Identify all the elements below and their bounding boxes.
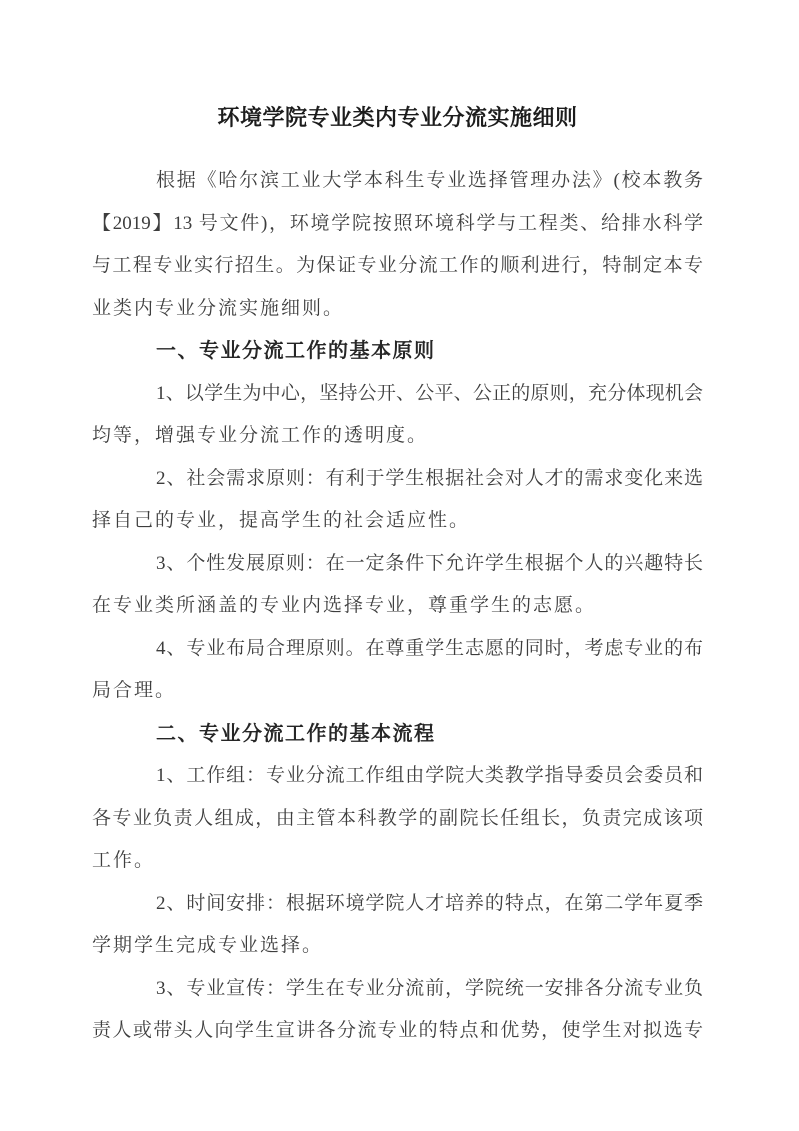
paragraph-line: 与工程专业实行招生。为保证专业分流工作的顺利进行，特制定本专 [92,245,703,288]
paragraph-line: 根据《哈尔滨工业大学本科生专业选择管理办法》(校本教务 [92,160,703,203]
paragraph-line: 业类内专业分流实施细则。 [92,288,703,331]
document-content: 环境学院专业类内专业分流实施细则 根据《哈尔滨工业大学本科生专业选择管理办法》(… [92,100,703,1053]
document-title: 环境学院专业类内专业分流实施细则 [92,100,703,136]
paragraph-line: 局合理。 [92,670,703,713]
document-page: 环境学院专业类内专业分流实施细则 根据《哈尔滨工业大学本科生专业选择管理办法》(… [0,0,799,1131]
paragraph-line: 1、工作组：专业分流工作组由学院大类教学指导委员会委员和 [92,755,703,798]
paragraph-line: 工作。 [92,840,703,883]
paragraph-line: 1、以学生为中心，坚持公开、公平、公正的原则，充分体现机会 [92,373,703,416]
paragraph-line: 4、专业布局合理原则。在尊重学生志愿的同时，考虑专业的布 [92,628,703,671]
paragraph-line: 3、专业宣传：学生在专业分流前，学院统一安排各分流专业负 [92,968,703,1011]
paragraph-line: 在专业类所涵盖的专业内选择专业，尊重学生的志愿。 [92,585,703,628]
section-heading: 一、专业分流工作的基本原则 [92,330,703,373]
paragraph-line: 择自己的专业，提高学生的社会适应性。 [92,500,703,543]
paragraph-line: 3、个性发展原则：在一定条件下允许学生根据个人的兴趣特长 [92,543,703,586]
paragraph-line: 各专业负责人组成，由主管本科教学的副院长任组长，负责完成该项 [92,798,703,841]
paragraph-line: 2、社会需求原则：有利于学生根据社会对人才的需求变化来选 [92,458,703,501]
paragraph-line: 学期学生完成专业选择。 [92,925,703,968]
paragraph-line: 【2019】13 号文件)，环境学院按照环境科学与工程类、给排水科学 [92,203,703,246]
section-heading: 二、专业分流工作的基本流程 [92,713,703,756]
document-body: 根据《哈尔滨工业大学本科生专业选择管理办法》(校本教务【2019】13 号文件)… [92,160,703,1053]
paragraph-line: 均等，增强专业分流工作的透明度。 [92,415,703,458]
paragraph-line: 2、时间安排：根据环境学院人才培养的特点，在第二学年夏季 [92,883,703,926]
paragraph-line: 责人或带头人向学生宣讲各分流专业的特点和优势，使学生对拟选专 [92,1010,703,1053]
